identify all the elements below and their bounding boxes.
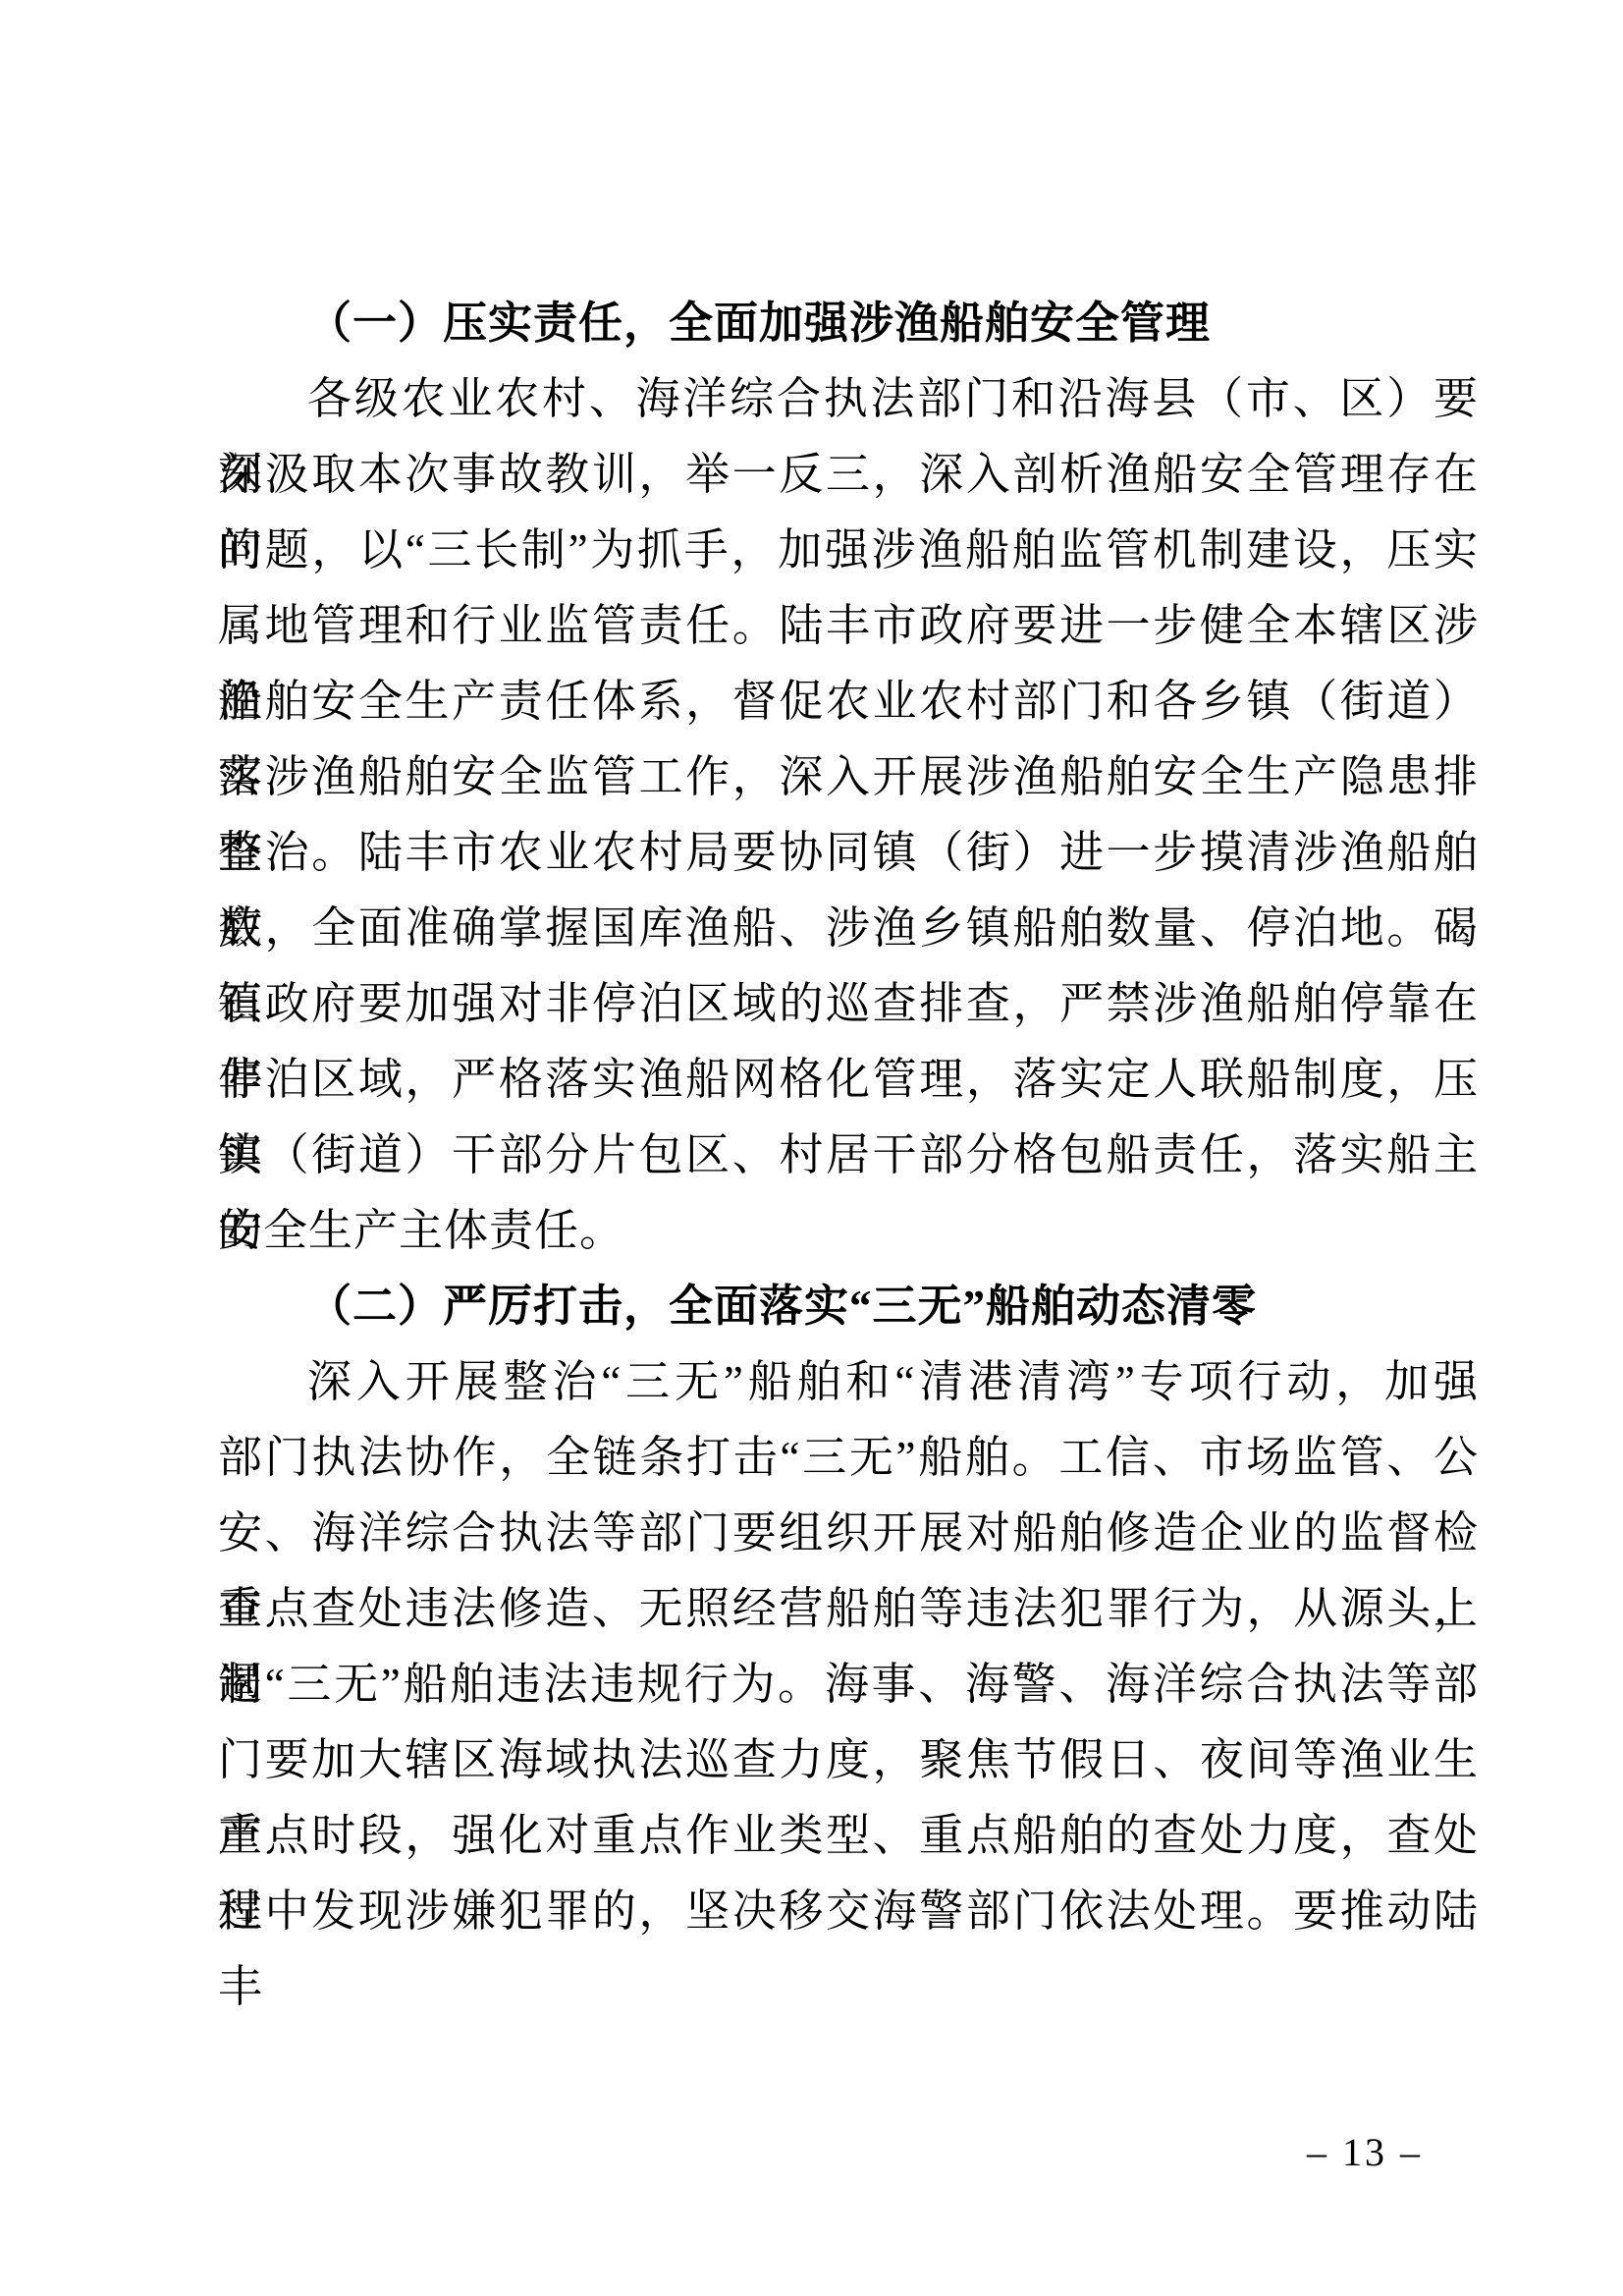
- paragraph-line: 镇政府要加强对非停泊区域的巡查排查，严禁涉渔船舶停靠在非: [218, 966, 1479, 1042]
- page-number: – 13 –: [1307, 2129, 1423, 2176]
- paragraph-line: 问题，以“三长制”为抓手，加强涉渔船舶监管机制建设，压实: [218, 513, 1479, 588]
- paragraph-line: 安、海洋综合执法等部门要组织开展对船舶修造企业的监督检查，: [218, 1496, 1479, 1571]
- paragraph-line: 门要加大辖区海域执法巡查力度，聚焦节假日、夜间等渔业生产: [218, 1722, 1479, 1798]
- document-page: （一）压实责任，全面加强涉渔船舶安全管理 各级农业农村、海洋综合执法部门和沿海县…: [0, 0, 1623, 2296]
- document-body: （一）压实责任，全面加强涉渔船舶安全管理 各级农业农村、海洋综合执法部门和沿海县…: [218, 286, 1479, 1949]
- paragraph-line: 镇（街道）干部分片包区、村居干部分格包船责任，落实船主的: [218, 1118, 1479, 1193]
- section-1-heading: （一）压实责任，全面加强涉渔船舶安全管理: [218, 286, 1479, 361]
- paragraph-line: 停泊区域，严格落实渔船网格化管理，落实定人联船制度，压实: [218, 1042, 1479, 1118]
- paragraph-line: 重点查处违法修造、无照经营船舶等违法犯罪行为，从源头上遏: [218, 1571, 1479, 1647]
- paragraph-line: 刻汲取本次事故教训，举一反三，深入剖析渔船安全管理存在的: [218, 437, 1479, 513]
- paragraph-line: 安全生产主体责任。: [218, 1193, 1479, 1269]
- paragraph-line: 部门执法协作，全链条打击“三无”船舶。工信、市场监管、公: [218, 1420, 1479, 1496]
- paragraph-line: 数，全面准确掌握国库渔船、涉渔乡镇船舶数量、停泊地。碣石: [218, 891, 1479, 966]
- paragraph-line: 整治。陆丰市农业农村局要协同镇（街）进一步摸清涉渔船舶底: [218, 815, 1479, 891]
- section-2-heading: （二）严厉打击，全面落实“三无”船舶动态清零: [218, 1269, 1479, 1344]
- paragraph-line: 实涉渔船舶安全监管工作，深入开展涉渔船舶安全生产隐患排查: [218, 739, 1479, 815]
- paragraph-line: 属地管理和行业监管责任。陆丰市政府要进一步健全本辖区涉渔: [218, 588, 1479, 664]
- paragraph-line: 程中发现涉嫌犯罪的，坚决移交海警部门依法处理。要推动陆丰: [218, 1874, 1479, 1949]
- paragraph-line: 船舶安全生产责任体系，督促农业农村部门和各乡镇（街道）落: [218, 664, 1479, 739]
- paragraph-line: 各级农业农村、海洋综合执法部门和沿海县（市、区）要深: [218, 361, 1479, 437]
- paragraph-line: 深入开展整治“三无”船舶和“清港清湾”专项行动，加强: [218, 1344, 1479, 1420]
- paragraph-line: 制“三无”船舶违法违规行为。海事、海警、海洋综合执法等部: [218, 1647, 1479, 1722]
- paragraph-line: 重点时段，强化对重点作业类型、重点船舶的查处力度，查处过: [218, 1798, 1479, 1874]
